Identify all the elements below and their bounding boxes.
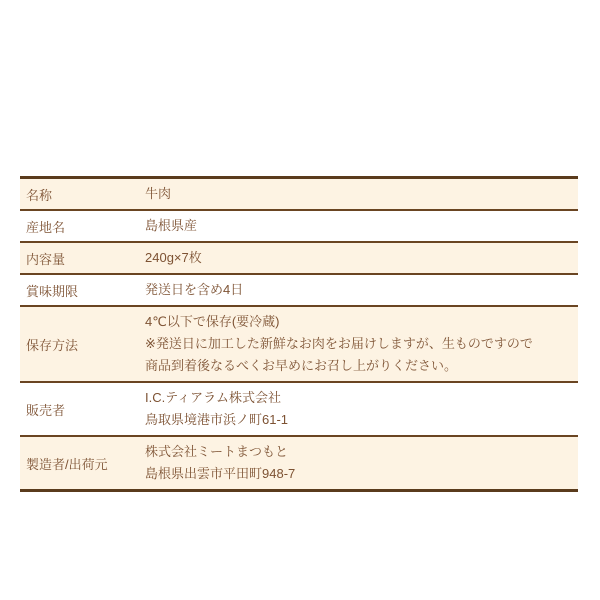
table-row-name: 名称 牛肉	[20, 178, 578, 211]
row-label: 賞味期限	[20, 274, 145, 306]
row-label: 産地名	[20, 210, 145, 242]
value-line: ※発送日に加工した新鮮なお肉をお届けしますが、生ものですので	[145, 333, 578, 355]
value-line: 牛肉	[145, 183, 578, 205]
row-label: 製造者/出荷元	[20, 436, 145, 491]
value-line: 株式会社ミートまつもと	[145, 441, 578, 463]
table-row-seller: 販売者 I.C.ティアラム株式会社 鳥取県境港市浜ノ町61-1	[20, 382, 578, 436]
table-row-origin: 産地名 島根県産	[20, 210, 578, 242]
table-row-best-before: 賞味期限 発送日を含め4日	[20, 274, 578, 306]
table-row-storage-method: 保存方法 4℃以下で保存(要冷蔵) ※発送日に加工した新鮮なお肉をお届けしますが…	[20, 306, 578, 382]
row-value: 240g×7枚	[145, 242, 578, 274]
value-line: 島根県産	[145, 215, 578, 237]
value-line: 商品到着後なるべくお早めにお召し上がりください。	[145, 355, 578, 377]
row-value: 株式会社ミートまつもと 島根県出雲市平田町948-7	[145, 436, 578, 491]
row-value: 4℃以下で保存(要冷蔵) ※発送日に加工した新鮮なお肉をお届けしますが、生もので…	[145, 306, 578, 382]
page: 名称 牛肉 産地名 島根県産 内容量 240g×7枚 賞味期限	[0, 0, 600, 600]
value-line: 島根県出雲市平田町948-7	[145, 463, 578, 485]
value-line: 鳥取県境港市浜ノ町61-1	[145, 409, 578, 431]
value-line: I.C.ティアラム株式会社	[145, 387, 578, 409]
table-row-content-amount: 内容量 240g×7枚	[20, 242, 578, 274]
row-value: 発送日を含め4日	[145, 274, 578, 306]
row-value: 島根県産	[145, 210, 578, 242]
table-row-manufacturer-shipper: 製造者/出荷元 株式会社ミートまつもと 島根県出雲市平田町948-7	[20, 436, 578, 491]
row-value: 牛肉	[145, 178, 578, 211]
row-label: 保存方法	[20, 306, 145, 382]
row-label: 名称	[20, 178, 145, 211]
value-line: 240g×7枚	[145, 247, 578, 269]
value-line: 4℃以下で保存(要冷蔵)	[145, 311, 578, 333]
row-label: 販売者	[20, 382, 145, 436]
row-value: I.C.ティアラム株式会社 鳥取県境港市浜ノ町61-1	[145, 382, 578, 436]
value-line: 発送日を含め4日	[145, 279, 578, 301]
row-label: 内容量	[20, 242, 145, 274]
product-info-table: 名称 牛肉 産地名 島根県産 内容量 240g×7枚 賞味期限	[20, 176, 578, 492]
